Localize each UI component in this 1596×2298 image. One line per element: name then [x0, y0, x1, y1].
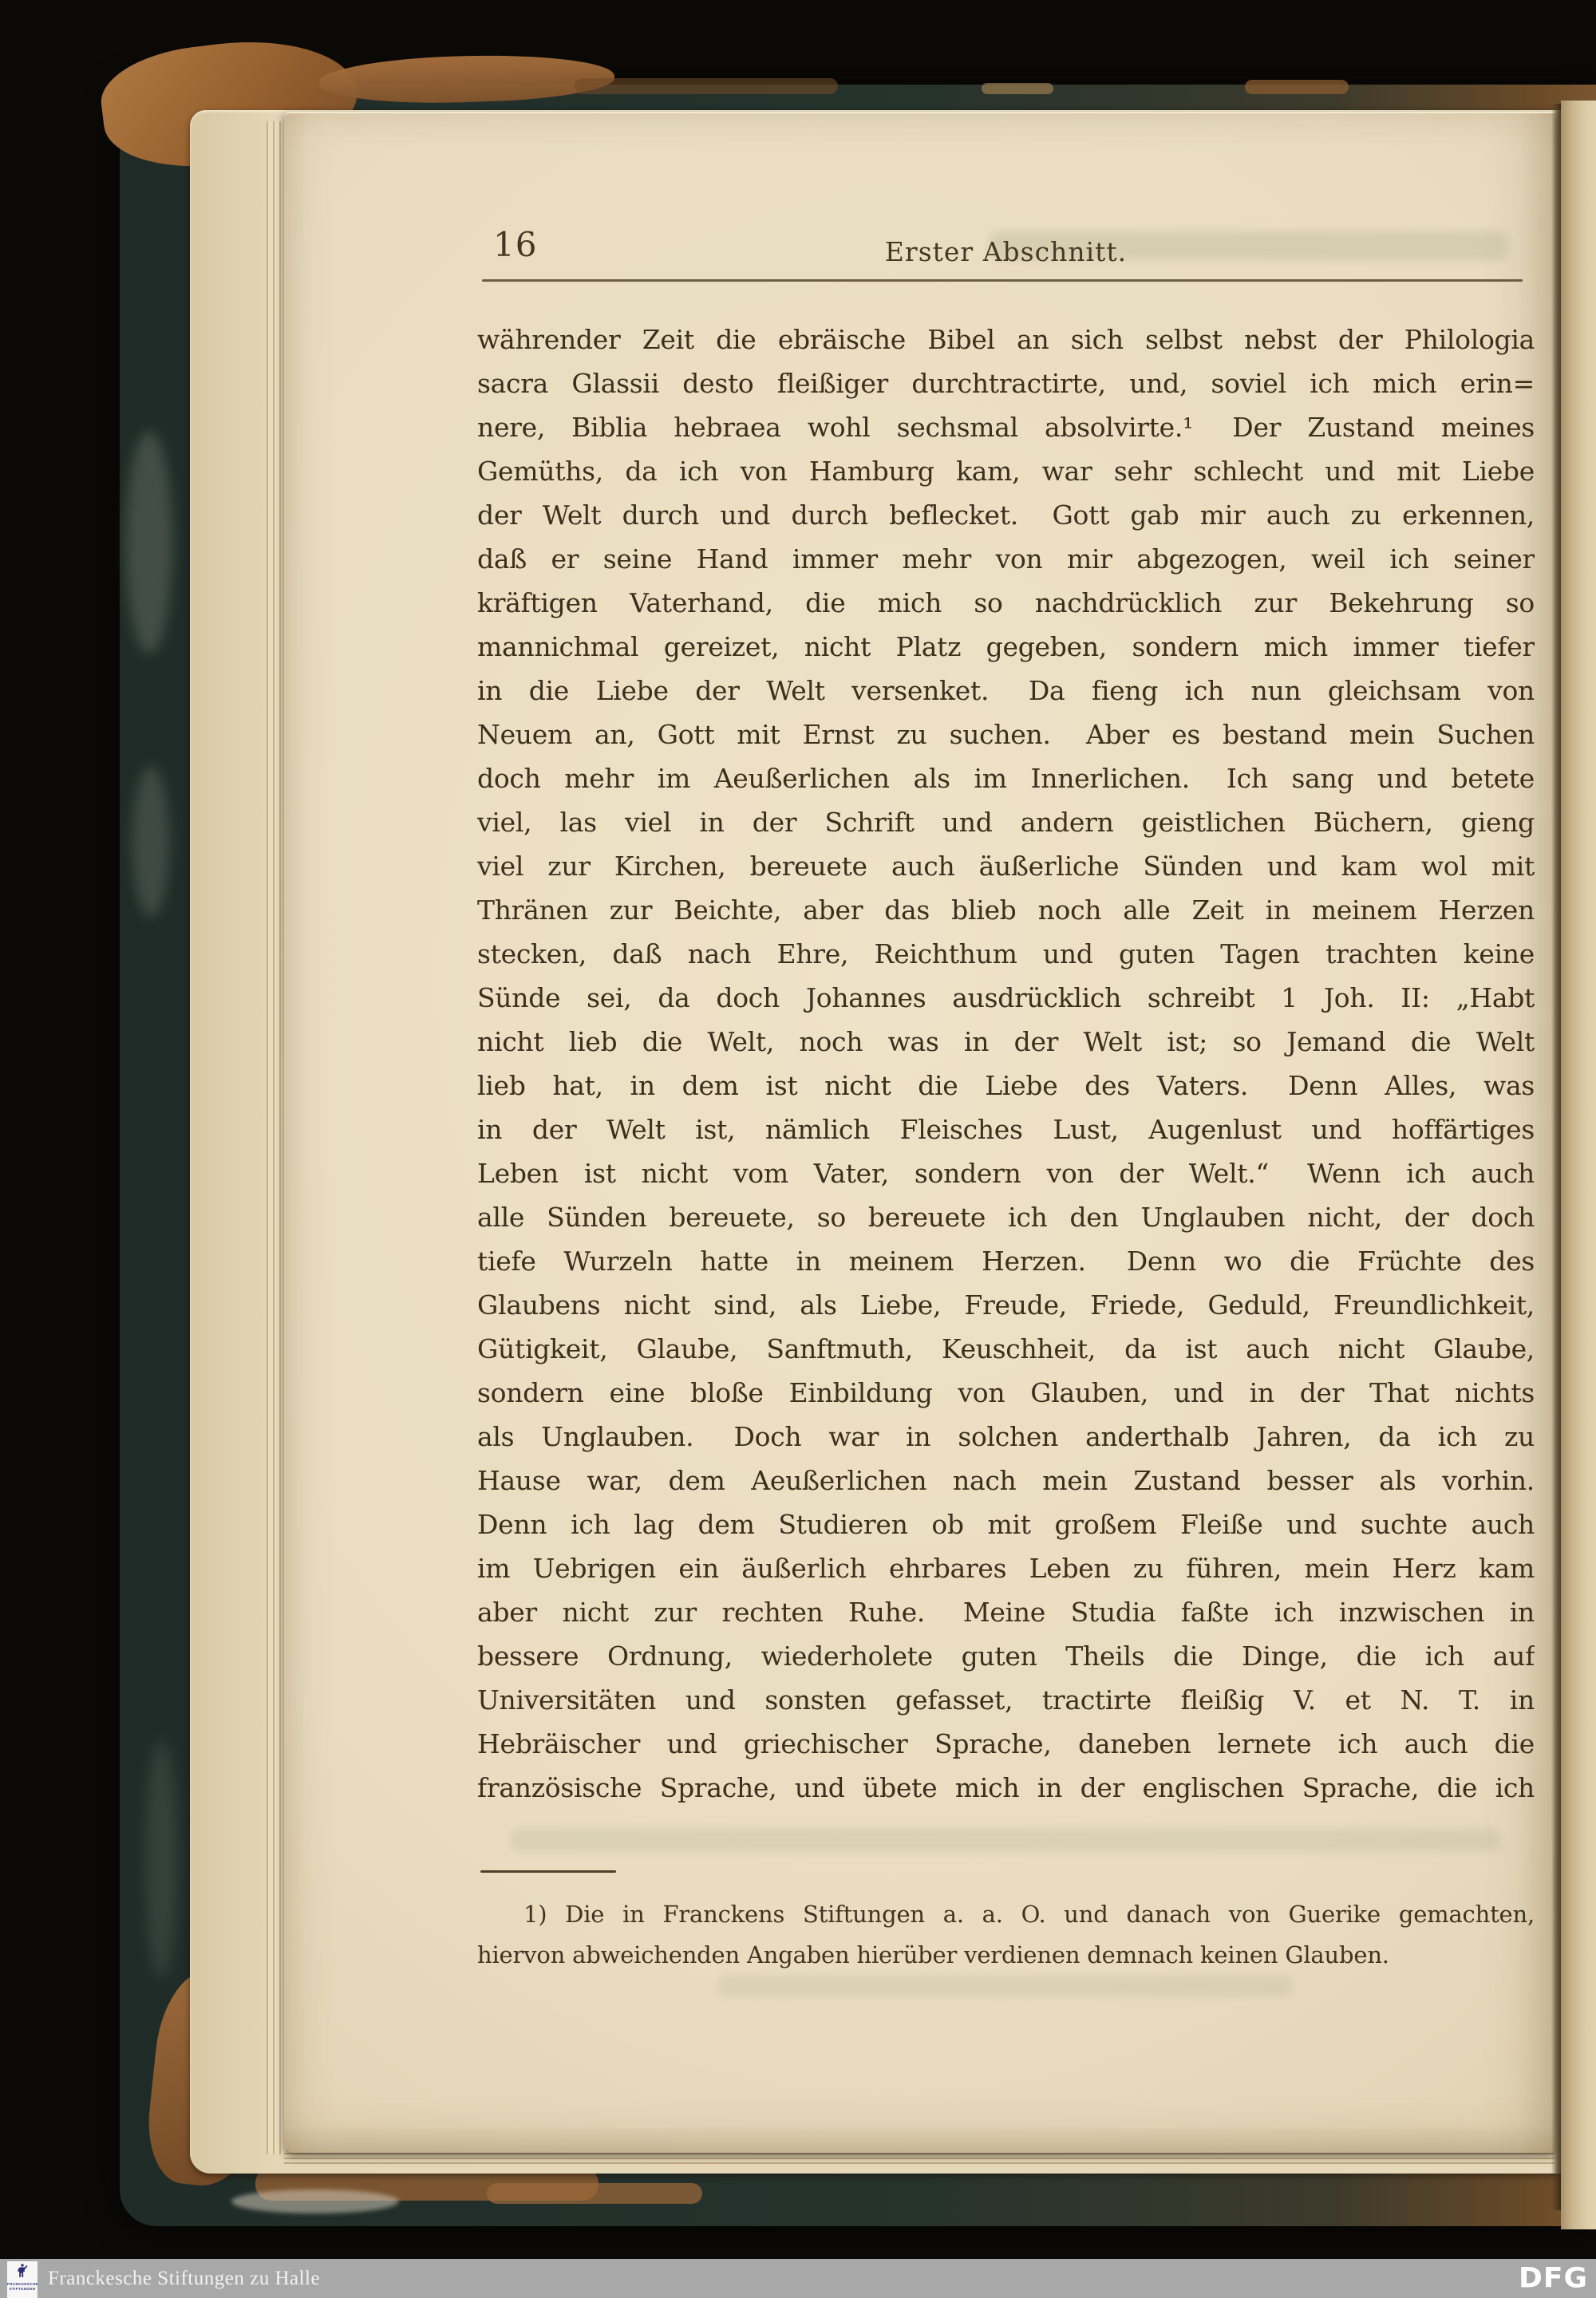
- franckesche-stiftungen-logo-icon: [14, 2267, 30, 2282]
- text-line: tiefe Wurzeln hatte in meinem Herzen. De…: [477, 1239, 1535, 1283]
- text-line: daß er seine Hand immer mehr von mir abg…: [477, 537, 1535, 581]
- header-rule: [482, 279, 1523, 282]
- text-line: doch mehr im Aeußerlichen als im Innerli…: [477, 756, 1535, 800]
- cover-scuff: [126, 431, 172, 654]
- worn-fleck: [982, 83, 1053, 94]
- text-line: in die Liebe der Welt versenket. Da fien…: [477, 669, 1535, 713]
- text-line: im Uebrigen ein äußerlich ehrbares Leben…: [477, 1546, 1535, 1590]
- running-header: Erster Abschnitt.: [477, 236, 1535, 267]
- text-line: Leben ist nicht vom Vater, sondern von d…: [477, 1151, 1535, 1195]
- show-through-ghost: [511, 1829, 1500, 1851]
- text-line: in der Welt ist, nämlich Fleisches Lust,…: [477, 1108, 1535, 1151]
- footnote-line: hiervon abweichenden Angaben hierüber ve…: [477, 1935, 1535, 1976]
- worn-corner-fuzz: [231, 2189, 399, 2213]
- text-line: Gemüths, da ich von Hamburg kam, war seh…: [477, 449, 1535, 493]
- text-line: Hause war, dem Aeußerlichen nach mein Zu…: [477, 1459, 1535, 1502]
- page-stack-edges: [267, 121, 286, 2154]
- worn-edge-bottom: [487, 2183, 702, 2204]
- text-line: mannichmal gereizet, nicht Platz gegeben…: [477, 625, 1535, 669]
- logo-caption-line1: FRANCKESCHE: [7, 2282, 38, 2287]
- logo-caption-line2: STIFTUNGEN: [7, 2287, 38, 2292]
- text-line: aber nicht zur rechten Ruhe. Meine Studi…: [477, 1590, 1535, 1634]
- footnote: 1) Die in Franckens Stiftungen a. a. O. …: [477, 1894, 1535, 1976]
- text-line: Neuem an, Gott mit Ernst zu suchen. Aber…: [477, 713, 1535, 756]
- footnote-rule: [480, 1870, 616, 1873]
- institution-name: Franckesche Stiftungen zu Halle: [48, 2259, 320, 2298]
- text-line: alle Sünden bereuete, so bereuete ich de…: [477, 1195, 1535, 1239]
- text-line: währender Zeit die ebräische Bibel an si…: [477, 318, 1535, 361]
- text-line: Denn ich lag dem Studieren ob mit großem…: [477, 1502, 1535, 1546]
- worn-fleck: [1245, 80, 1349, 94]
- text-line: französische Sprache, und übete mich in …: [477, 1766, 1535, 1810]
- institution-logo: FRANCKESCHE STIFTUNGEN: [7, 2261, 38, 2298]
- text-line: der Welt durch und durch beflecket. Gott…: [477, 493, 1535, 537]
- worn-edge-top: [575, 78, 838, 94]
- text-line: sacra Glassii desto fleißiger durchtract…: [477, 361, 1535, 405]
- cover-scuff: [132, 766, 169, 918]
- text-line: stecken, daß nach Ehre, Reichthum und gu…: [477, 932, 1535, 976]
- text-line: Gütigkeit, Glaube, Sanftmuth, Keuschheit…: [477, 1327, 1535, 1371]
- body-text: währender Zeit die ebräische Bibel an si…: [477, 318, 1535, 1810]
- text-line: nicht lieb die Welt, noch was in der Wel…: [477, 1020, 1535, 1064]
- text-line: nere, Biblia hebraea wohl sechsmal absol…: [477, 405, 1535, 449]
- text-line: Thränen zur Beichte, aber das blieb noch…: [477, 888, 1535, 932]
- text-line: kräftigen Vaterhand, die mich so nachdrü…: [477, 581, 1535, 625]
- facing-page-sliver: [1561, 101, 1596, 2229]
- text-line: Sünde sei, da doch Johannes ausdrücklich…: [477, 976, 1535, 1020]
- dfg-logo: DFG: [1519, 2260, 1588, 2297]
- show-through-ghost: [718, 1976, 1293, 1996]
- text-line: sondern eine bloße Einbildung von Glaube…: [477, 1371, 1535, 1415]
- text-line: Hebräischer und griechischer Sprache, da…: [477, 1722, 1535, 1766]
- footnote-line: 1) Die in Franckens Stiftungen a. a. O. …: [477, 1894, 1535, 1935]
- text-line: bessere Ordnung, wiederholete guten Thei…: [477, 1634, 1535, 1678]
- text-line: Glaubens nicht sind, als Liebe, Freude, …: [477, 1283, 1535, 1327]
- footer-bar: FRANCKESCHE STIFTUNGEN Franckesche Stift…: [0, 2259, 1596, 2298]
- text-line: viel zur Kirchen, bereuete auch äußerlic…: [477, 844, 1535, 888]
- text-line: lieb hat, in dem ist nicht die Liebe des…: [477, 1064, 1535, 1108]
- text-line: viel, las viel in der Schrift und andern…: [477, 800, 1535, 844]
- cover-scuff: [145, 1739, 177, 1979]
- text-line: Universitäten und sonsten gefasset, trac…: [477, 1678, 1535, 1722]
- text-line: als Unglauben. Doch war in solchen ander…: [477, 1415, 1535, 1459]
